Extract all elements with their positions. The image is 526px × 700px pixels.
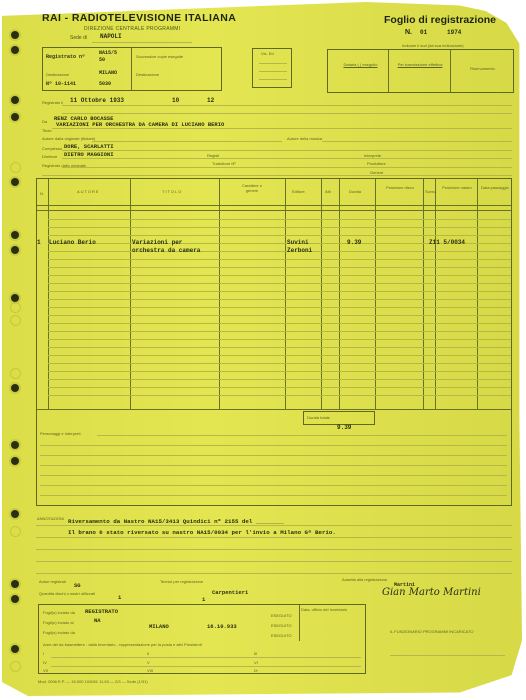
fogli-row-label: Fogli(o) inviato da [43,610,75,615]
rule [40,485,507,486]
sede-value: NAPOLI [100,33,122,40]
divider [37,409,511,410]
col-header-posizione-disco: Posizione disco [379,185,421,190]
durata-totale-label: Durata totale [307,415,330,420]
field-line [62,158,512,159]
divider [388,50,389,92]
punch-hole [11,46,19,54]
punch-hole [11,384,19,392]
rule [48,379,511,380]
destinazione-label: Destinazione [46,72,69,77]
autori-registrati-label: Autori registrati [39,579,66,584]
fogli-row-label: Fogli(o) inviato al [43,620,73,625]
col-divider [477,179,478,409]
rule [40,465,507,466]
divider [450,50,451,92]
signature-line [390,655,505,656]
rule [48,371,511,372]
punch-hole [11,510,19,518]
col-header-data: Data passaggio [481,185,509,190]
punch-hole-mark [10,368,21,379]
fogli-row-label: Fogli(o) inviato da [43,630,75,635]
traduttore-label: Traduttore Nº [212,161,236,166]
rule [48,339,511,340]
registrato-il-value: 11 Ottobre 1933 [70,97,124,104]
reg-label: Registrato nº [46,54,85,60]
punch-hole [11,441,19,449]
autori-registrati-value: SG [74,582,81,589]
rule [48,267,511,268]
vis-box: Vis. Ed [252,48,292,88]
punch-hole [11,294,19,302]
roman-9: IX [254,668,258,673]
field-line [42,175,512,176]
nastro-label: Nº 10-1141 [46,81,76,87]
produttore-label: Produttore [367,161,386,166]
rule [36,561,512,562]
rule [36,549,512,550]
titolo-label: Titolo [42,128,52,133]
rule [48,283,511,284]
rule [48,227,511,228]
ora-inizio: 10 [172,97,179,104]
tecnici-label: Tecnici per registrazione [160,579,203,584]
rule [51,657,361,658]
rule [40,495,507,496]
fogli-row-status: ESEGUITO [271,613,292,618]
trasmissione-label: Per trasmissione effettiva [394,62,446,67]
fogli-row-value: NA [94,617,101,624]
col-divider [130,179,131,409]
col-divider [321,179,322,409]
divider [37,205,511,206]
fogli-row-date: 16.10.933 [207,623,237,630]
col-header-posizione-nastro: Posizione nastro [438,185,476,190]
divider [259,79,287,80]
registration-form: RAI - RADIOTELEVISIONE ITALIANA DIREZION… [2,2,522,696]
punch-hole-mark [10,526,21,537]
sede-label: Sede di [70,35,87,41]
col-divider [435,179,436,409]
organization-title: RAI - RADIOTELEVISIONE ITALIANA [42,12,236,24]
col-divider [48,179,49,409]
fogli-row-mid: MILANO [149,623,169,630]
origin-box: Registrato nº NA15/5 50 Destinazione MIL… [42,47,222,91]
roman-1: I [43,651,44,656]
row-editore: Suvini Zerboni [287,239,321,255]
fogli-row-status: ESEGUITO [271,623,292,628]
rule [36,537,512,538]
field-line [62,150,512,151]
punch-hole [11,580,19,588]
field-line [62,105,512,106]
field-line [52,128,512,129]
content-table: N. AUTORE TITOLO Carattere o genere Edit… [36,178,512,506]
roman-2: II [147,651,149,656]
punch-hole [11,457,19,465]
reg-value: NA15/5 [99,50,117,56]
number-value: 01 [420,29,427,36]
punch-hole [11,96,19,104]
vis-label: Vis. Ed [261,51,274,56]
titolo-value: VARIAZIONI PER ORCHESTRA DA CAMERA DI LU… [56,121,224,128]
quantita-value-2: 1 [202,596,205,603]
annotazioni-label: ANNOTAZIONI [37,516,64,521]
row-autore: Luciano Berio [49,239,96,246]
complesso-label: Complesso [42,146,62,151]
divider [259,63,287,64]
rule [36,525,512,526]
roman-5: V [147,660,150,665]
divider [92,42,192,43]
rule [48,219,511,220]
punch-hole [11,178,19,186]
fogli-box: Data, ufficio del Inventario Fogli(o) in… [38,604,366,674]
right-destinazione-label: Destinazione [136,72,159,77]
rule [40,475,507,476]
rule [48,251,511,252]
rule [48,363,511,364]
roman-6: VI [254,660,258,665]
ora-fine: 12 [207,97,214,104]
direttore-value: DIETRO MAGGIONI [64,151,114,158]
funzionario-label: IL FUNZIONARIO PROGRAMMI INCARICATO [390,629,474,634]
punch-hole [11,113,19,121]
signature: Gian Marto Martini [382,587,481,598]
reg-value-2: 50 [99,57,105,63]
roman-7: VII [43,668,48,673]
col-divider [219,179,220,409]
rule [48,323,511,324]
field-line [322,141,512,142]
rule [40,445,507,446]
quantita-value: 1 [118,594,121,601]
note-line: Aree dei da trasmettere - dalla Inventar… [43,642,202,647]
year-value: 1974 [447,29,461,36]
rule [48,387,511,388]
nastro-value: 5030 [99,81,111,87]
rule [48,291,511,292]
uff-label: Data, ufficio del Inventario [301,607,347,612]
col-divider [339,179,340,409]
da-label: Da [42,119,47,124]
annotazioni-line-2: Il brano è stato riversato su nastro NA1… [68,529,336,536]
roman-8: VIII [147,668,153,673]
row-nastro: Z11 5/0034 [429,239,465,246]
eseguito-label: Dataria ( ) eseguito [338,62,383,67]
rule [48,315,511,316]
status-box: Dataria ( ) eseguito Per trasmissione ef… [327,49,514,93]
col-header-autore: AUTORE [77,189,100,194]
divider [131,48,132,90]
department-label: DIREZIONE CENTRALE PROGRAMMI [84,26,180,32]
direttore-label: Direttore [42,154,57,159]
row-durata: 9.39 [347,239,361,246]
rule [40,455,507,456]
punch-hole [11,231,19,239]
punch-hole [11,595,19,603]
durata-totale-box: Durata totale [303,411,375,425]
rule [97,435,507,436]
field-line [62,167,512,168]
footer-code: Mod. 2006 E.P. — 15.000 10/0/61 11.63 — … [38,679,148,684]
number-label: N. [405,29,412,36]
rule [48,355,511,356]
destinazione-value: MILANO [99,70,117,76]
roman-4: IV [43,660,47,665]
complesso-value: DORE, SCARLATTI [64,143,114,150]
durata-totale-value: 9.39 [337,424,351,431]
divider [259,71,287,72]
rule [48,307,511,308]
punch-hole-mark [10,315,21,326]
successive-copie-label: Successive copie eseguite [136,54,183,59]
col-header-n: N. [40,191,44,196]
punch-hole-mark [10,661,21,672]
col-header-titolo: TITOLO [162,189,182,194]
col-header-atti: Atti [325,189,331,194]
col-header-durata: Durata [349,189,361,194]
field-line [62,113,512,114]
rule [48,259,511,260]
col-header-scena: Scena [425,189,436,194]
form-title: Foglio di registrazione [384,14,496,26]
roman-3: III [254,651,257,656]
divider [37,210,511,211]
punch-hole [11,645,19,653]
rule [48,395,511,396]
field-line [92,141,282,142]
rule [48,275,511,276]
rule [48,299,511,300]
rule [36,573,512,574]
col-header-carattere: Carattere o genere [237,183,267,193]
col-divider [375,179,376,409]
registrato-il-label: Registrato il [42,100,63,105]
riservamento-label: Riservamento [455,66,510,71]
punch-hole [11,246,19,254]
row-titolo: Variazioni per orchestra da camera [132,239,218,255]
personaggi-label: Personaggi e Interpreti [40,431,80,436]
fogli-row-status: ESEGUITO [271,633,292,638]
rule [51,666,361,667]
divider [299,605,300,641]
col-header-editore: Editore [292,189,305,194]
rule [48,347,511,348]
autore-originale-label: Autore dalla originale (titolare) [42,136,95,141]
col-divider [285,179,286,409]
col-divider [423,179,424,409]
annotazioni-line-1: Riversamento da Nastro NA15/3413 Quindic… [68,518,284,525]
row-number: 1 [37,239,41,246]
punch-hole [11,31,19,39]
punch-hole-mark [10,302,21,313]
tecnici-value: Carpentieri [212,589,248,596]
fogli-row-value: REGISTRATO [85,608,118,615]
punch-hole-mark [10,162,21,173]
quantita-label: Quantità dischi o nastri utilizzati [39,591,95,596]
subnote: Indicare il sud (da sua indicazione) [402,43,464,48]
rule [48,235,511,236]
autore-musica-label: Autore della musica [287,136,322,141]
rule [48,331,511,332]
autorita-label: Autorità alla registrazione [342,577,387,582]
